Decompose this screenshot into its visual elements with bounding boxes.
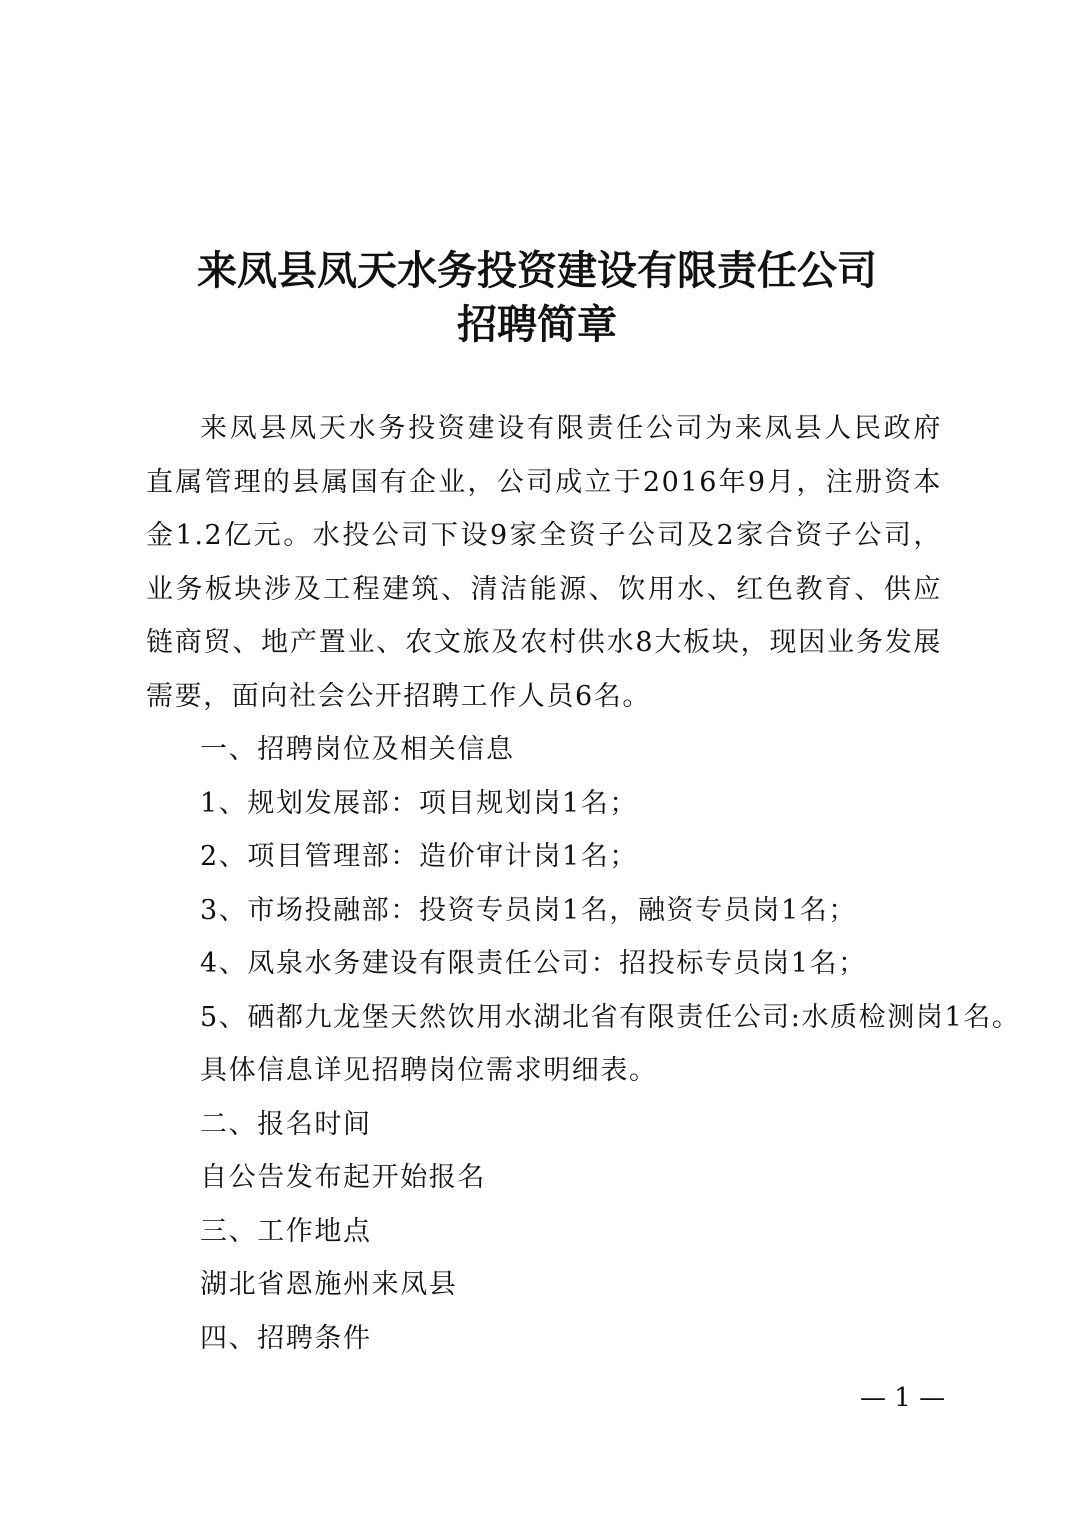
position-item-4: 4、凤泉水务建设有限责任公司：招投标专员岗1名；	[146, 937, 942, 991]
positions-note: 具体信息详见招聘岗位需求明细表。	[146, 1044, 942, 1098]
document-page: 来凤县凤天水务投资建设有限责任公司 招聘简章 来凤县凤天水务投资建设有限责任公司…	[0, 0, 1074, 1520]
position-item-1: 1、规划发展部：项目规划岗1名；	[146, 777, 942, 831]
title-company: 来凤县凤天水务投资建设有限责任公司	[0, 244, 1074, 298]
section-heading-positions: 一、招聘岗位及相关信息	[146, 723, 942, 777]
title-subject: 招聘简章	[0, 298, 1074, 352]
registration-time-text: 自公告发布起开始报名	[146, 1151, 942, 1205]
section-heading-requirements: 四、招聘条件	[146, 1312, 942, 1366]
intro-paragraph: 来凤县凤天水务投资建设有限责任公司为来凤县人民政府直属管理的县属国有企业，公司成…	[146, 402, 942, 723]
document-title: 来凤县凤天水务投资建设有限责任公司 招聘简章	[0, 244, 1074, 352]
position-item-3: 3、市场投融部：投资专员岗1名，融资专员岗1名；	[146, 884, 942, 938]
document-body: 来凤县凤天水务投资建设有限责任公司为来凤县人民政府直属管理的县属国有企业，公司成…	[146, 402, 942, 1365]
page-number: — 1 —	[860, 1380, 944, 1416]
section-heading-work-location: 三、工作地点	[146, 1205, 942, 1259]
section-heading-registration-time: 二、报名时间	[146, 1098, 942, 1152]
work-location-text: 湖北省恩施州来凤县	[146, 1258, 942, 1312]
position-item-5: 5、硒都九龙堡天然饮用水湖北省有限责任公司:水质检测岗1名。	[146, 991, 942, 1045]
position-item-2: 2、项目管理部：造价审计岗1名；	[146, 830, 942, 884]
